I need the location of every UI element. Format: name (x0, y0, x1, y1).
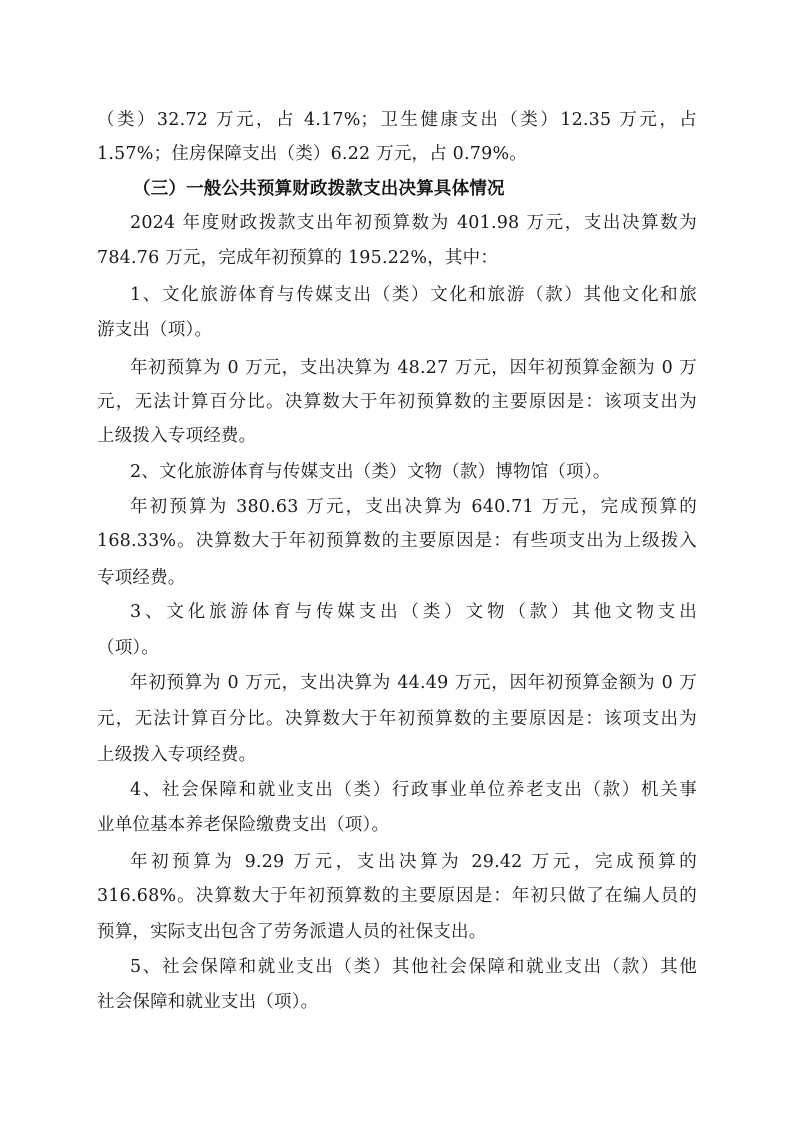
item-1-body-line-1: 年初预算为 0 万元，支出决算为 48.27 万元，因年初预算金额为 0 万 (130, 356, 697, 380)
item-2-body-line-3: 专项经费。 (97, 566, 697, 590)
summary-line-1: 2024 年度财政拨款支出年初预算数为 401.98 万元，支出决算数为 (130, 211, 697, 235)
item-4-title-line-1: 4、社会保障和就业支出（类）行政事业单位养老支出（款）机关事 (130, 778, 697, 802)
item-2-body-line-2: 168.33%。决算数大于年初预算数的主要原因是：有些项支出为上级拨入 (97, 529, 697, 553)
item-3-body-line-3: 上级拨入专项经费。 (97, 743, 697, 767)
item-4-body-line-3: 预算，实际支出包含了劳务派遣人员的社保支出。 (97, 920, 697, 944)
item-3-title-line-2: （项）。 (97, 636, 697, 660)
item-4-body-line-1: 年初预算为 9.29 万元，支出决算为 29.42 万元，完成预算的 (130, 850, 697, 874)
section-heading: （三）一般公共预算财政拨款支出决算具体情况 (133, 177, 733, 201)
item-2-body-line-1: 年初预算为 380.63 万元，支出决算为 640.71 万元，完成预算的 (130, 495, 697, 519)
item-1-body-line-2: 元，无法计算百分比。决算数大于年初预算数的主要原因是：该项支出为 (97, 390, 697, 414)
item-4-title-line-2: 业单位基本养老保险缴费支出（项）。 (97, 813, 697, 837)
intro-line-2: 1.57%；住房保障支出（类）6.22 万元，占 0.79%。 (97, 142, 697, 166)
item-1-body-line-3: 上级拨入专项经费。 (97, 424, 697, 448)
summary-line-2: 784.76 万元，完成年初预算的 195.22%，其中： (97, 246, 697, 270)
item-4-body-line-2: 316.68%。决算数大于年初预算数的主要原因是：年初只做了在编人员的 (97, 884, 697, 908)
item-3-body-line-2: 元，无法计算百分比。决算数大于年初预算数的主要原因是：该项支出为 (97, 707, 697, 731)
item-5-title-line-2: 社会保障和就业支出（项）。 (97, 990, 697, 1014)
item-3-body-line-1: 年初预算为 0 万元，支出决算为 44.49 万元，因年初预算金额为 0 万 (130, 671, 697, 695)
item-2-title-line-1: 2、文化旅游体育与传媒支出（类）文物（款）博物馆（项）。 (130, 460, 697, 484)
document-page: （类）32.72 万元，占 4.17%；卫生健康支出（类）12.35 万元，占 … (0, 0, 793, 1122)
item-1-title-line-1: 1、文化旅游体育与传媒支出（类）文化和旅游（款）其他文化和旅 (130, 283, 697, 307)
item-3-title-line-1: 3、文化旅游体育与传媒支出（类）文物（款）其他文物支出 (130, 600, 697, 624)
item-5-title-line-1: 5、社会保障和就业支出（类）其他社会保障和就业支出（款）其他 (130, 955, 697, 979)
intro-line-1: （类）32.72 万元，占 4.17%；卫生健康支出（类）12.35 万元，占 (97, 108, 697, 132)
item-1-title-line-2: 游支出（项）。 (97, 318, 697, 342)
